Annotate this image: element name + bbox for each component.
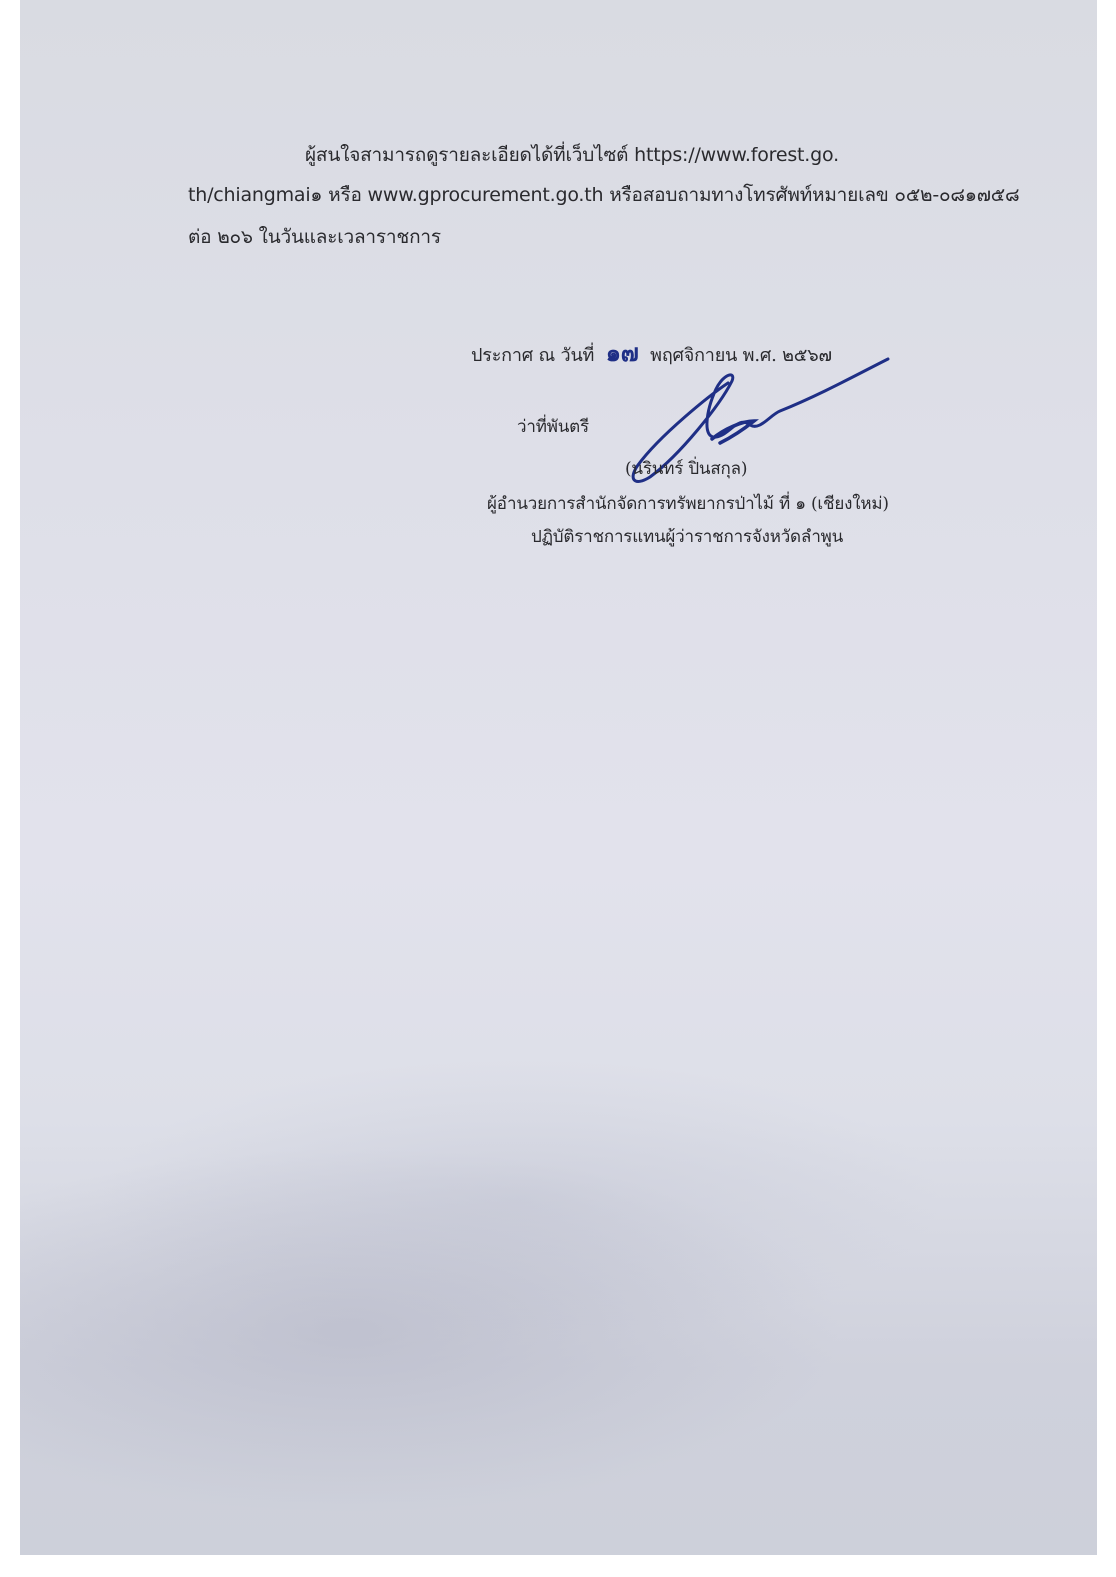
signatory-rank: ว่าที่พันตรี — [517, 415, 589, 439]
info-paragraph-line-1: ผู้สนใจสามารถดูรายละเอียดได้ที่เว็บไซต์ … — [305, 143, 839, 167]
info-paragraph-line-2: th/chiangmai๑ หรือ www.gprocurement.go.t… — [188, 183, 1019, 207]
signatory-position-line-1: ผู้อำนวยการสำนักจัดการทรัพยากรป่าไม้ ที่… — [487, 492, 889, 516]
document-page: ผู้สนใจสามารถดูรายละเอียดได้ที่เว็บไซต์ … — [20, 0, 1097, 1555]
signatory-name: (นรินทร์ ปิ่นสกุล) — [625, 457, 747, 481]
announcement-prefix: ประกาศ ณ วันที่ — [471, 345, 594, 366]
signatory-position-line-2: ปฏิบัติราชการแทนผู้ว่าราชการจังหวัดลำพูน — [531, 525, 843, 549]
info-paragraph-line-3: ต่อ ๒๐๖ ในวันและเวลาราชการ — [188, 225, 441, 249]
